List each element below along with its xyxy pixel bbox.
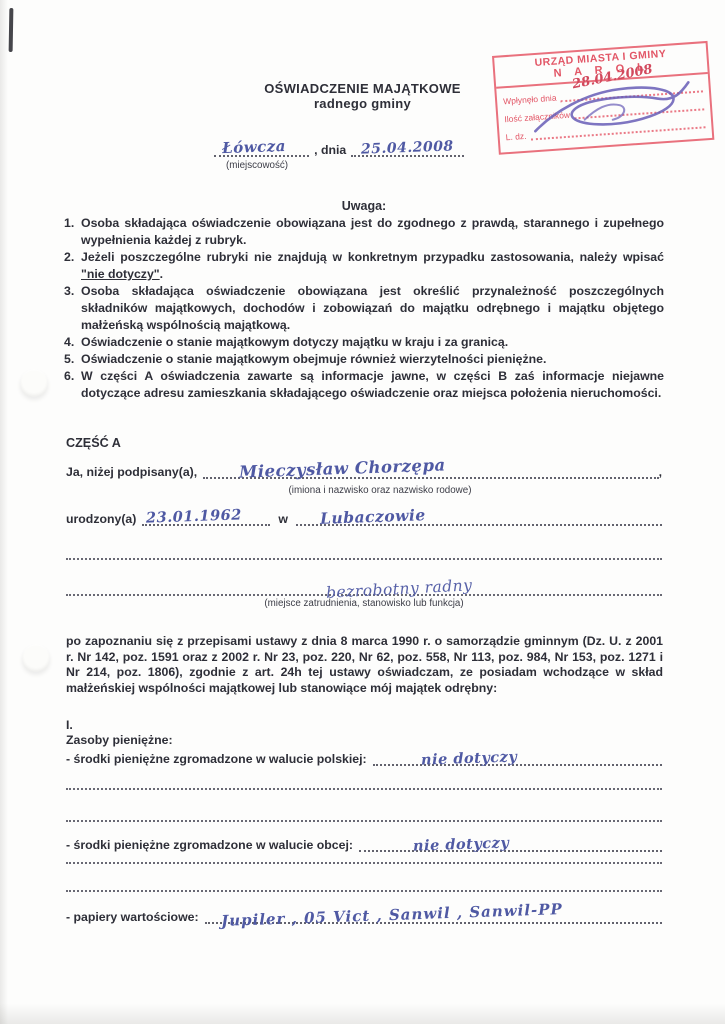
employment-caption: (miejsce zatrudnienia, stanowisko lub fu… (66, 598, 662, 609)
legal-paragraph: po zapoznaniu się z przepisami ustawy z … (66, 634, 663, 696)
stamp-attachments-blank (574, 99, 705, 119)
scanned-declaration-page: OŚWIADCZENIE MAJĄTKOWE radnego gminy URZ… (0, 0, 725, 1024)
notice-item-text-after: . (160, 267, 163, 281)
notice-item-number: 1. (64, 215, 81, 249)
date-handwritten-value: 25.04.2008 (361, 138, 454, 157)
stamp-reference-blank (530, 117, 706, 140)
hole-punch-bottom (22, 644, 50, 672)
birth-date-field: 23.01.1962 (142, 508, 270, 526)
declarant-label: Ja, niżej podpisany(a), (66, 465, 203, 479)
securities-handwritten-value: Jupiler , 05 Vict , Sanwil , Sanwil-PP (220, 900, 562, 930)
birth-place-handwritten-value: Lubaczowie (320, 505, 426, 528)
date-field: 25.04.2008 (351, 139, 464, 157)
place-field: Łówcza (214, 139, 309, 157)
securities-field: Jupiler , 05 Vict , Sanwil , Sanwil-PP (205, 906, 662, 924)
securities-line: - papiery wartościowe: Jupiler , 05 Vict… (66, 906, 662, 924)
funds-pln-field: nie dotyczy (373, 748, 662, 766)
notice-item-text: W części A oświadczenia zawarte są infor… (81, 368, 664, 402)
born-in-label: w (270, 512, 296, 526)
notice-item-text: Osoba składająca oświadczenie obowiązana… (81, 215, 664, 249)
section-one-heading: Zasoby pieniężne: (66, 733, 173, 747)
notice-item-text: Oświadczenie o stanie majątkowym obejmuj… (81, 351, 664, 368)
notice-item: 3. Osoba składająca oświadczenie obowiąz… (64, 283, 664, 334)
notice-item: 2. Jeżeli poszczególne rubryki nie znajd… (64, 249, 664, 283)
blank-dotted-line (66, 846, 662, 864)
blank-dotted-line (66, 874, 662, 892)
place-date-line: Łówcza , dnia 25.04.2008 (214, 139, 464, 157)
birth-place-field: Lubaczowie (296, 508, 662, 526)
blank-dotted-line (66, 770, 662, 790)
date-label: , dnia (309, 143, 351, 157)
employment-field: bezrobotny radny (66, 576, 662, 596)
registry-stamp-box: URZĄD MIASTA I GMINY N A R O L Wpłynęło … (492, 41, 714, 155)
stamp-attachments-label: Ilość załączników (504, 110, 570, 125)
funds-pln-line: - środki pieniężne zgromadzone w walucie… (66, 748, 662, 766)
notice-item-text-before: Jeżeli poszczególne rubryki nie znajdują… (81, 250, 664, 264)
born-label: urodzony(a) (66, 512, 142, 526)
declarant-handwritten-value: Mieczysław Chorzępa (239, 455, 446, 481)
notice-item-number: 6. (64, 368, 81, 402)
declarant-field: Mieczysław Chorzępa (203, 461, 658, 479)
notice-item: 5. Oświadczenie o stanie majątkowym obej… (64, 351, 664, 368)
birth-date-handwritten-value: 23.01.1962 (146, 506, 242, 526)
notice-item-number: 5. (64, 351, 81, 368)
notice-item-text: Jeżeli poszczególne rubryki nie znajdują… (81, 249, 664, 283)
declarant-caption: (imiona i nazwisko oraz nazwisko rodowe) (220, 485, 540, 496)
securities-label: - papiery wartościowe: (66, 910, 205, 924)
hole-punch-top (20, 369, 48, 397)
blank-dotted-line (66, 802, 662, 822)
funds-pln-handwritten-value: nie dotyczy (420, 748, 517, 768)
registry-stamp: URZĄD MIASTA I GMINY N A R O L Wpłynęło … (492, 41, 714, 155)
blank-dotted-line (66, 540, 662, 560)
stamp-reference-label: L. dz. (505, 131, 526, 142)
notice-item: 6. W części A oświadczenia zawarte są in… (64, 368, 664, 402)
section-one-number: I. (66, 718, 73, 732)
notice-item: 4. Oświadczenie o stanie majątkowym doty… (64, 334, 664, 351)
notice-item-number: 4. (64, 334, 81, 351)
notice-section: Uwaga: 1. Osoba składająca oświadczenie … (64, 199, 664, 402)
notice-item-text: Oświadczenie o stanie majątkowym dotyczy… (81, 334, 664, 351)
notice-heading: Uwaga: (64, 199, 664, 213)
part-a-heading: CZĘŚĆ A (66, 436, 121, 450)
declarant-line: Ja, niżej podpisany(a), Mieczysław Chorz… (66, 461, 662, 479)
notice-item-text: Osoba składająca oświadczenie obowiązana… (81, 283, 664, 334)
stamp-received-label: Wpłynęło dnia (503, 93, 557, 107)
funds-pln-label: - środki pieniężne zgromadzone w walucie… (66, 752, 373, 766)
declarant-trailing-comma: , (659, 465, 662, 479)
notice-item-underlined: "nie dotyczy" (81, 267, 160, 281)
place-handwritten-value: Łówcza (222, 137, 287, 157)
birth-line: urodzony(a) 23.01.1962 w Lubaczowie (66, 508, 662, 526)
notice-item-number: 3. (64, 283, 81, 334)
place-caption: (miejscowość) (226, 160, 288, 171)
notice-item: 1. Osoba składająca oświadczenie obowiąz… (64, 215, 664, 249)
scan-corner-ink-mark (9, 8, 14, 52)
notice-item-number: 2. (64, 249, 81, 283)
